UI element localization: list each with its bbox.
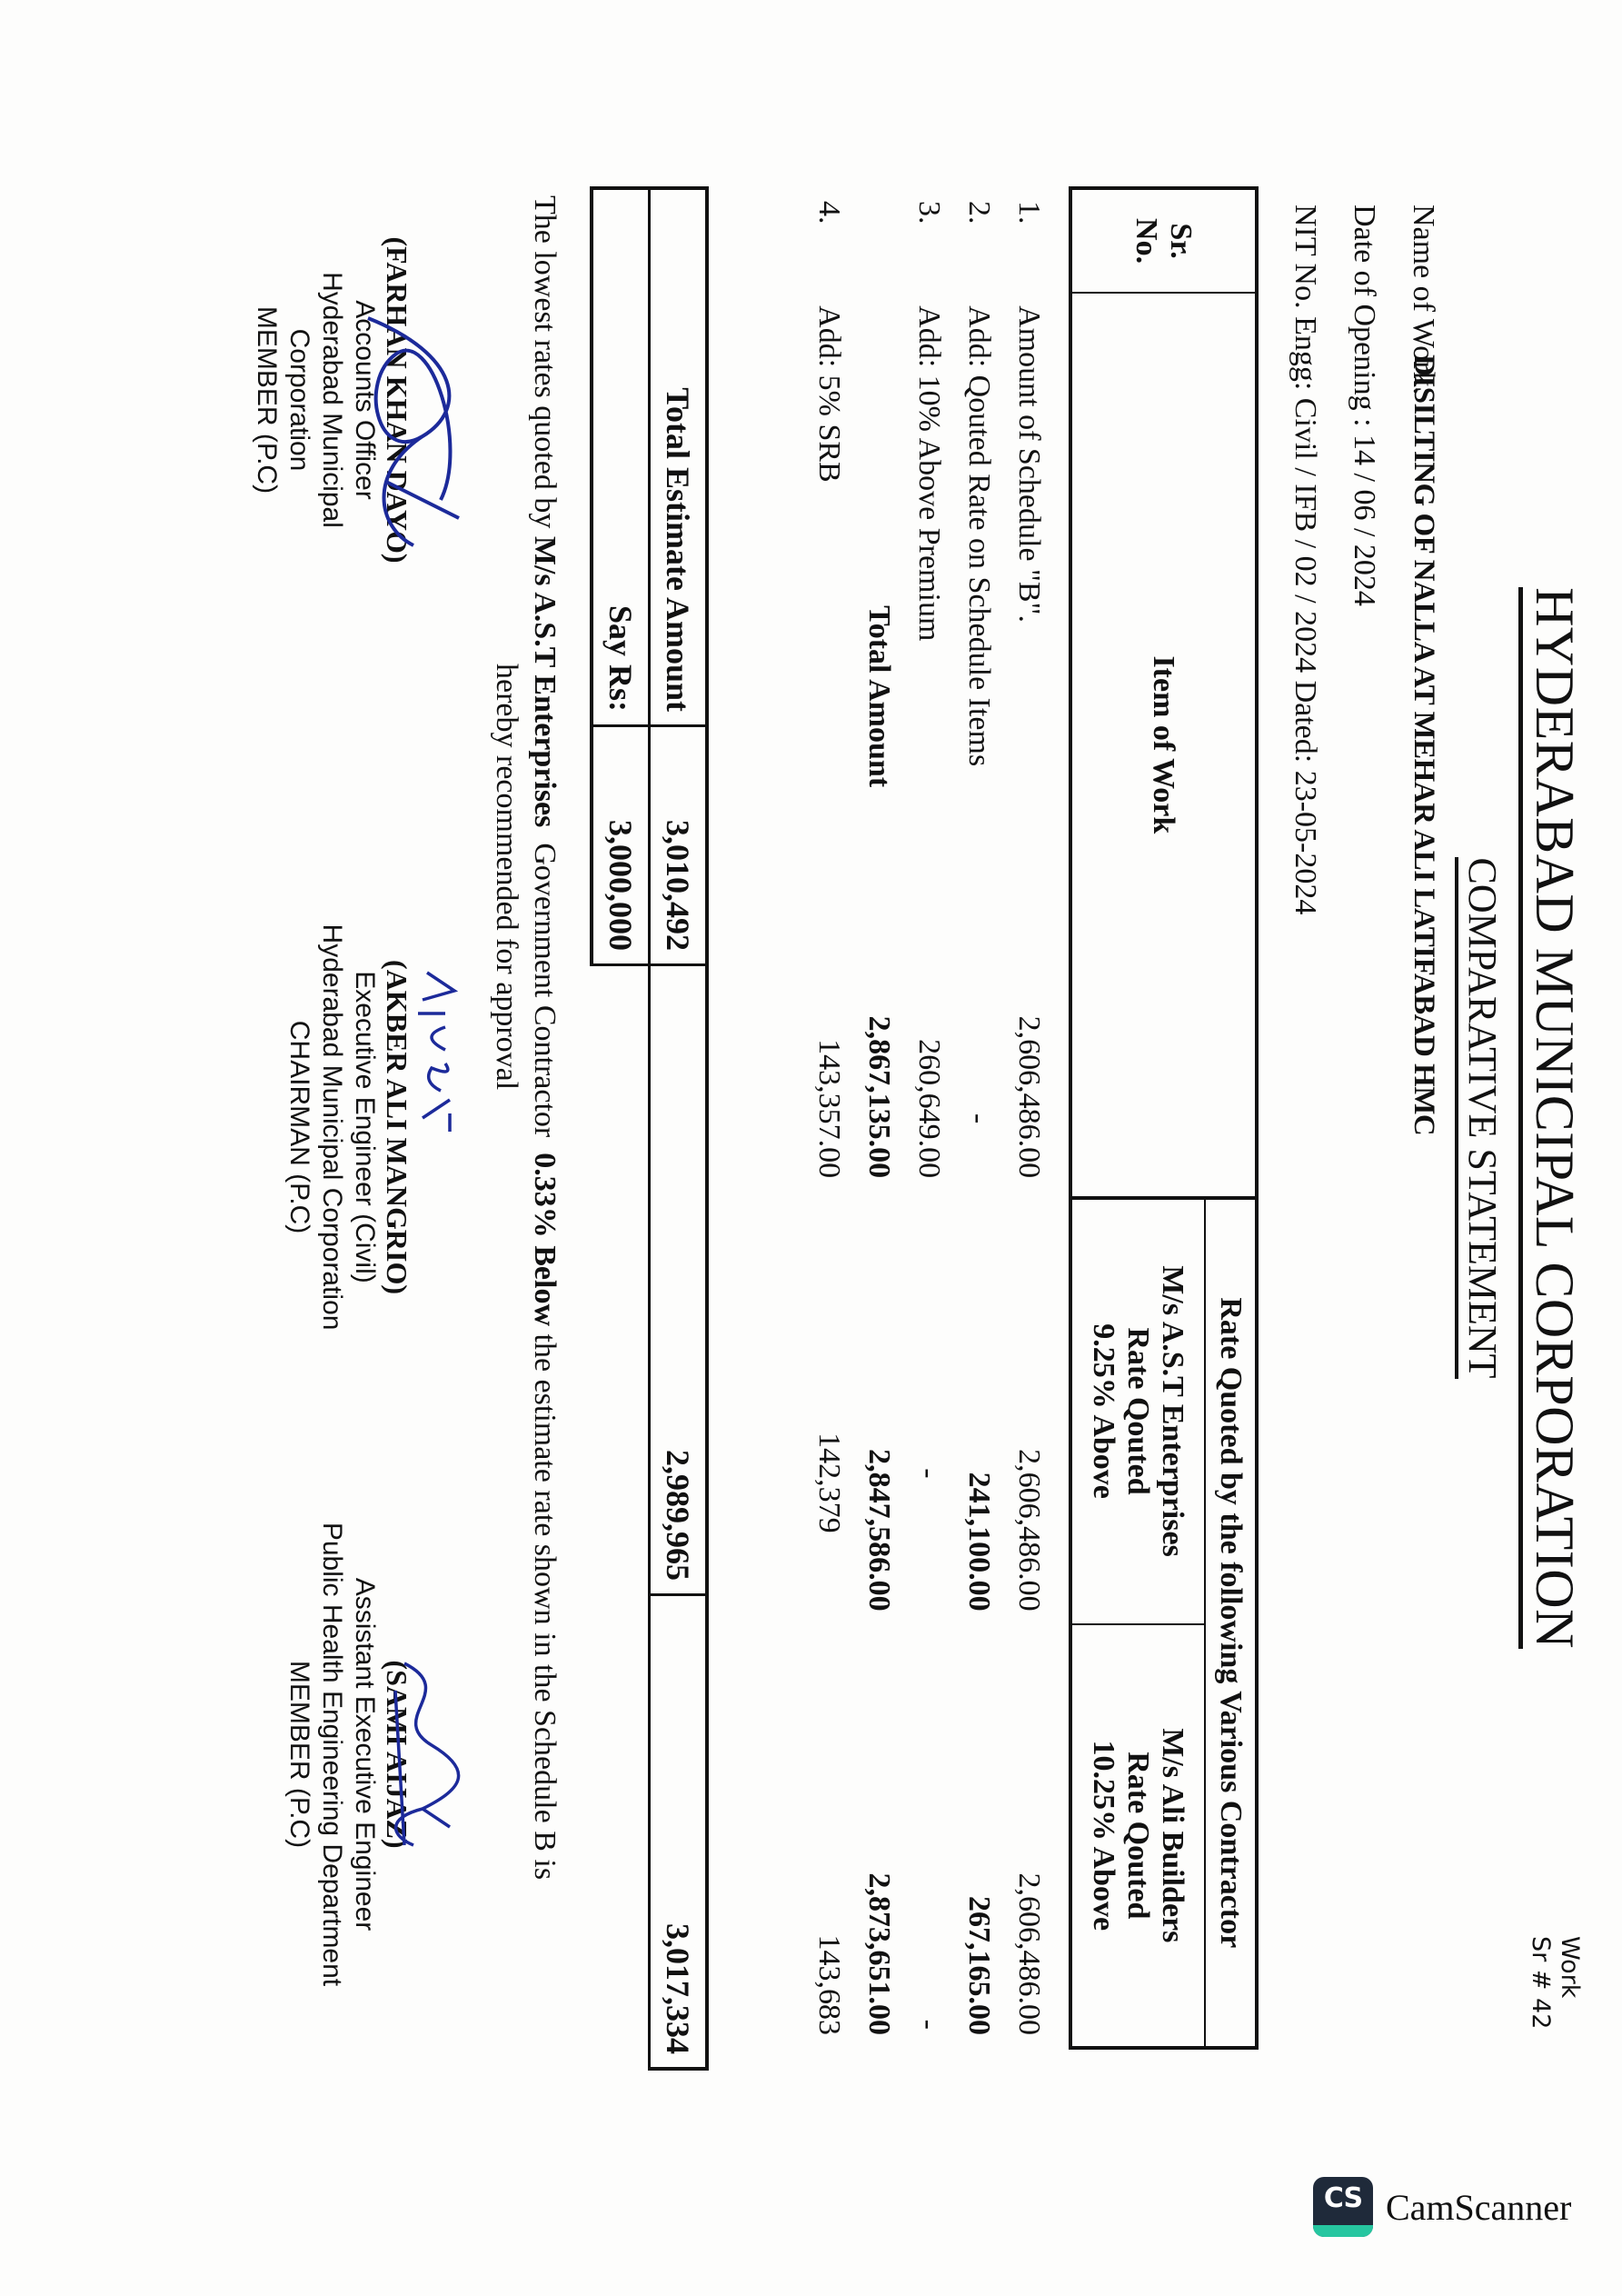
table-row: 3. Add: 10% Above Premium260,649.00 - - <box>904 188 954 2048</box>
signatory-designation: Assistant Executive Engineer <box>348 1500 381 2009</box>
remark-text: The lowest rates quoted by <box>528 195 562 536</box>
signatory-designation: Executive Engineer (Civil) <box>348 909 381 1345</box>
row-sr: 1. <box>1004 188 1054 293</box>
say-rs-row: Say Rs: 3,000,000 <box>592 188 650 2069</box>
remark-percentage: 0.33% Below <box>528 1153 562 1326</box>
signatory-block: (AKBER ALI MANGRIO) Executive Engineer (… <box>283 909 413 1345</box>
row-item: Total Amount <box>862 305 897 814</box>
table-row: 1. Amount of Schedule "B".2,606,486.00 2… <box>1004 188 1054 2048</box>
remark-text: the estimate rate shown in the Schedule … <box>528 1326 562 1880</box>
contractor-sub: Rate Qouted <box>1121 1213 1156 1611</box>
row-item-cell: Add: 5% SRB143,357.00 <box>804 293 854 1197</box>
signature-icon <box>409 963 463 1145</box>
camscanner-logo-icon: CS <box>1313 2177 1373 2237</box>
say-rs-label: Say Rs: <box>592 188 650 726</box>
row-item: Add: Qouted Rate on Schedule Items <box>962 305 997 996</box>
row-item: Add: 5% SRB <box>812 305 847 869</box>
row-estimate: 260,649.00 <box>912 869 947 1178</box>
row-item-cell: Add: Qouted Rate on Schedule Items- <box>954 293 1004 1197</box>
row-item-cell: Add: 10% Above Premium260,649.00 <box>904 293 954 1197</box>
header-contractor-ast: M/s A.S.T Enterprises Rate Qouted 9.25% … <box>1070 1198 1205 1624</box>
table-row-subtotal: Total Amount2,867,135.00 2,847,586.00 2,… <box>854 188 904 2048</box>
row-estimate: - <box>962 996 997 1178</box>
title-text: COMPARATIVE STATEMENT <box>1455 857 1505 1378</box>
contractor-rate: 9.25% Above <box>1087 1213 1121 1611</box>
row-ali: - <box>904 1624 954 2048</box>
name-of-work-value: DISILTING OF NALLA AT MEHAR ALI LATIFABA… <box>1407 354 1440 1135</box>
row-estimate: 2,867,135.00 <box>862 814 897 1178</box>
table-row: 4. Add: 5% SRB143,357.00 142,379 143,683 <box>804 188 854 2048</box>
total-ast-value: 2,989,965 <box>650 965 708 1595</box>
row-sr <box>854 188 904 293</box>
row-item: Add: 10% Above Premium <box>912 305 947 869</box>
document-page: HYDERABAD MUNICIPAL CORPORATION COMPARAT… <box>0 0 1622 2296</box>
remark-contractor: M/s A.S.T Enterprises <box>528 536 562 828</box>
table-row: 2. Add: Qouted Rate on Schedule Items- 2… <box>954 188 1004 2048</box>
row-ast: 2,847,586.00 <box>854 1198 904 1624</box>
header-contractor-ali: M/s Ali Builders Rate Qouted 10.25% Abov… <box>1070 1624 1205 2048</box>
work-reference: Work Sr # 42 <box>1526 1936 1584 2029</box>
contractor-rate: 10.25% Above <box>1087 1638 1121 2033</box>
say-rs-value: 3,000,000 <box>592 726 650 965</box>
row-sr: 3. <box>904 188 954 293</box>
row-ast: - <box>904 1198 954 1624</box>
row-ali: 2,873,651.00 <box>854 1624 904 2048</box>
contractor-name: M/s A.S.T Enterprises <box>1156 1213 1190 1611</box>
signatory-role: CHAIRMAN (P.C) <box>283 909 315 1345</box>
signatory-org: Hyderabad Municipal Corporation <box>315 909 348 1345</box>
camscanner-text: CamScanner <box>1386 2186 1571 2229</box>
organization-text: HYDERABAD MUNICIPAL CORPORATION <box>1518 587 1585 1649</box>
date-of-opening: Date of Opening : 14 / 06 / 2024 <box>1347 205 1381 606</box>
document-title: COMPARATIVE STATEMENT <box>1459 436 1506 1800</box>
signature-icon <box>377 1654 477 1854</box>
remark-text: Government Contractor <box>528 827 562 1153</box>
row-item-cell: Total Amount2,867,135.00 <box>854 293 904 1197</box>
row-ali: 143,683 <box>804 1624 854 2048</box>
row-ali: 267,165.00 <box>954 1624 1004 2048</box>
row-estimate: 143,357.00 <box>812 869 847 1178</box>
signatory-role: MEMBER (P.C) <box>250 209 283 591</box>
signatory-org: Hyderabad Municipal Corporation <box>283 209 348 591</box>
row-estimate: 2,606,486.00 <box>1012 814 1047 1178</box>
contractor-sub: Rate Qouted <box>1121 1638 1156 2033</box>
organization-heading: HYDERABAD MUNICIPAL CORPORATION <box>1523 436 1586 1800</box>
recommendation-text: The lowest rates quoted by M/s A.S.T Ent… <box>487 195 563 2059</box>
row-ali: 2,606,486.00 <box>1004 1624 1054 2048</box>
total-ali-value: 3,017,334 <box>650 1595 708 2070</box>
header-item-of-work: Item of Work <box>1070 293 1257 1197</box>
nit-number: NIT No. Engg: Civil / IFB / 02 / 2024 Da… <box>1288 205 1322 914</box>
logo-stripe <box>1313 2225 1373 2237</box>
signatory-org: Public Health Engineering Department <box>315 1500 348 2009</box>
work-ref-number: Sr # 42 <box>1526 1936 1555 2029</box>
totals-table: Total Estimate Amount 3,010,492 2,989,96… <box>590 186 709 2071</box>
logo-text: CS <box>1313 2182 1373 2214</box>
header-sr-no: Sr. No. <box>1070 188 1257 293</box>
row-sr: 2. <box>954 188 1004 293</box>
camscanner-watermark: CS CamScanner <box>1313 2177 1571 2237</box>
work-ref-label: Work <box>1555 1936 1584 2029</box>
row-item: Amount of Schedule "B". <box>1012 305 1047 814</box>
row-sr: 4. <box>804 188 854 293</box>
contractor-name: M/s Ali Builders <box>1156 1638 1190 2033</box>
total-estimate-value: 3,010,492 <box>650 726 708 965</box>
row-ast: 241,100.00 <box>954 1198 1004 1624</box>
signatory-role: MEMBER (P.C) <box>283 1500 315 2009</box>
signature-icon <box>350 300 477 554</box>
total-estimate-label: Total Estimate Amount <box>650 188 708 726</box>
comparative-table: Sr. No. Item of Work Rate Quoted by the … <box>804 186 1259 2050</box>
header-rate-quoted-group: Rate Quoted by the following Various Con… <box>1205 1198 1257 2048</box>
remark-text: hereby recommended for approval <box>487 195 525 2059</box>
row-item-cell: Amount of Schedule "B".2,606,486.00 <box>1004 293 1054 1197</box>
total-estimate-row: Total Estimate Amount 3,010,492 2,989,96… <box>650 188 708 2069</box>
row-ast: 142,379 <box>804 1198 854 1624</box>
row-ast: 2,606,486.00 <box>1004 1198 1054 1624</box>
